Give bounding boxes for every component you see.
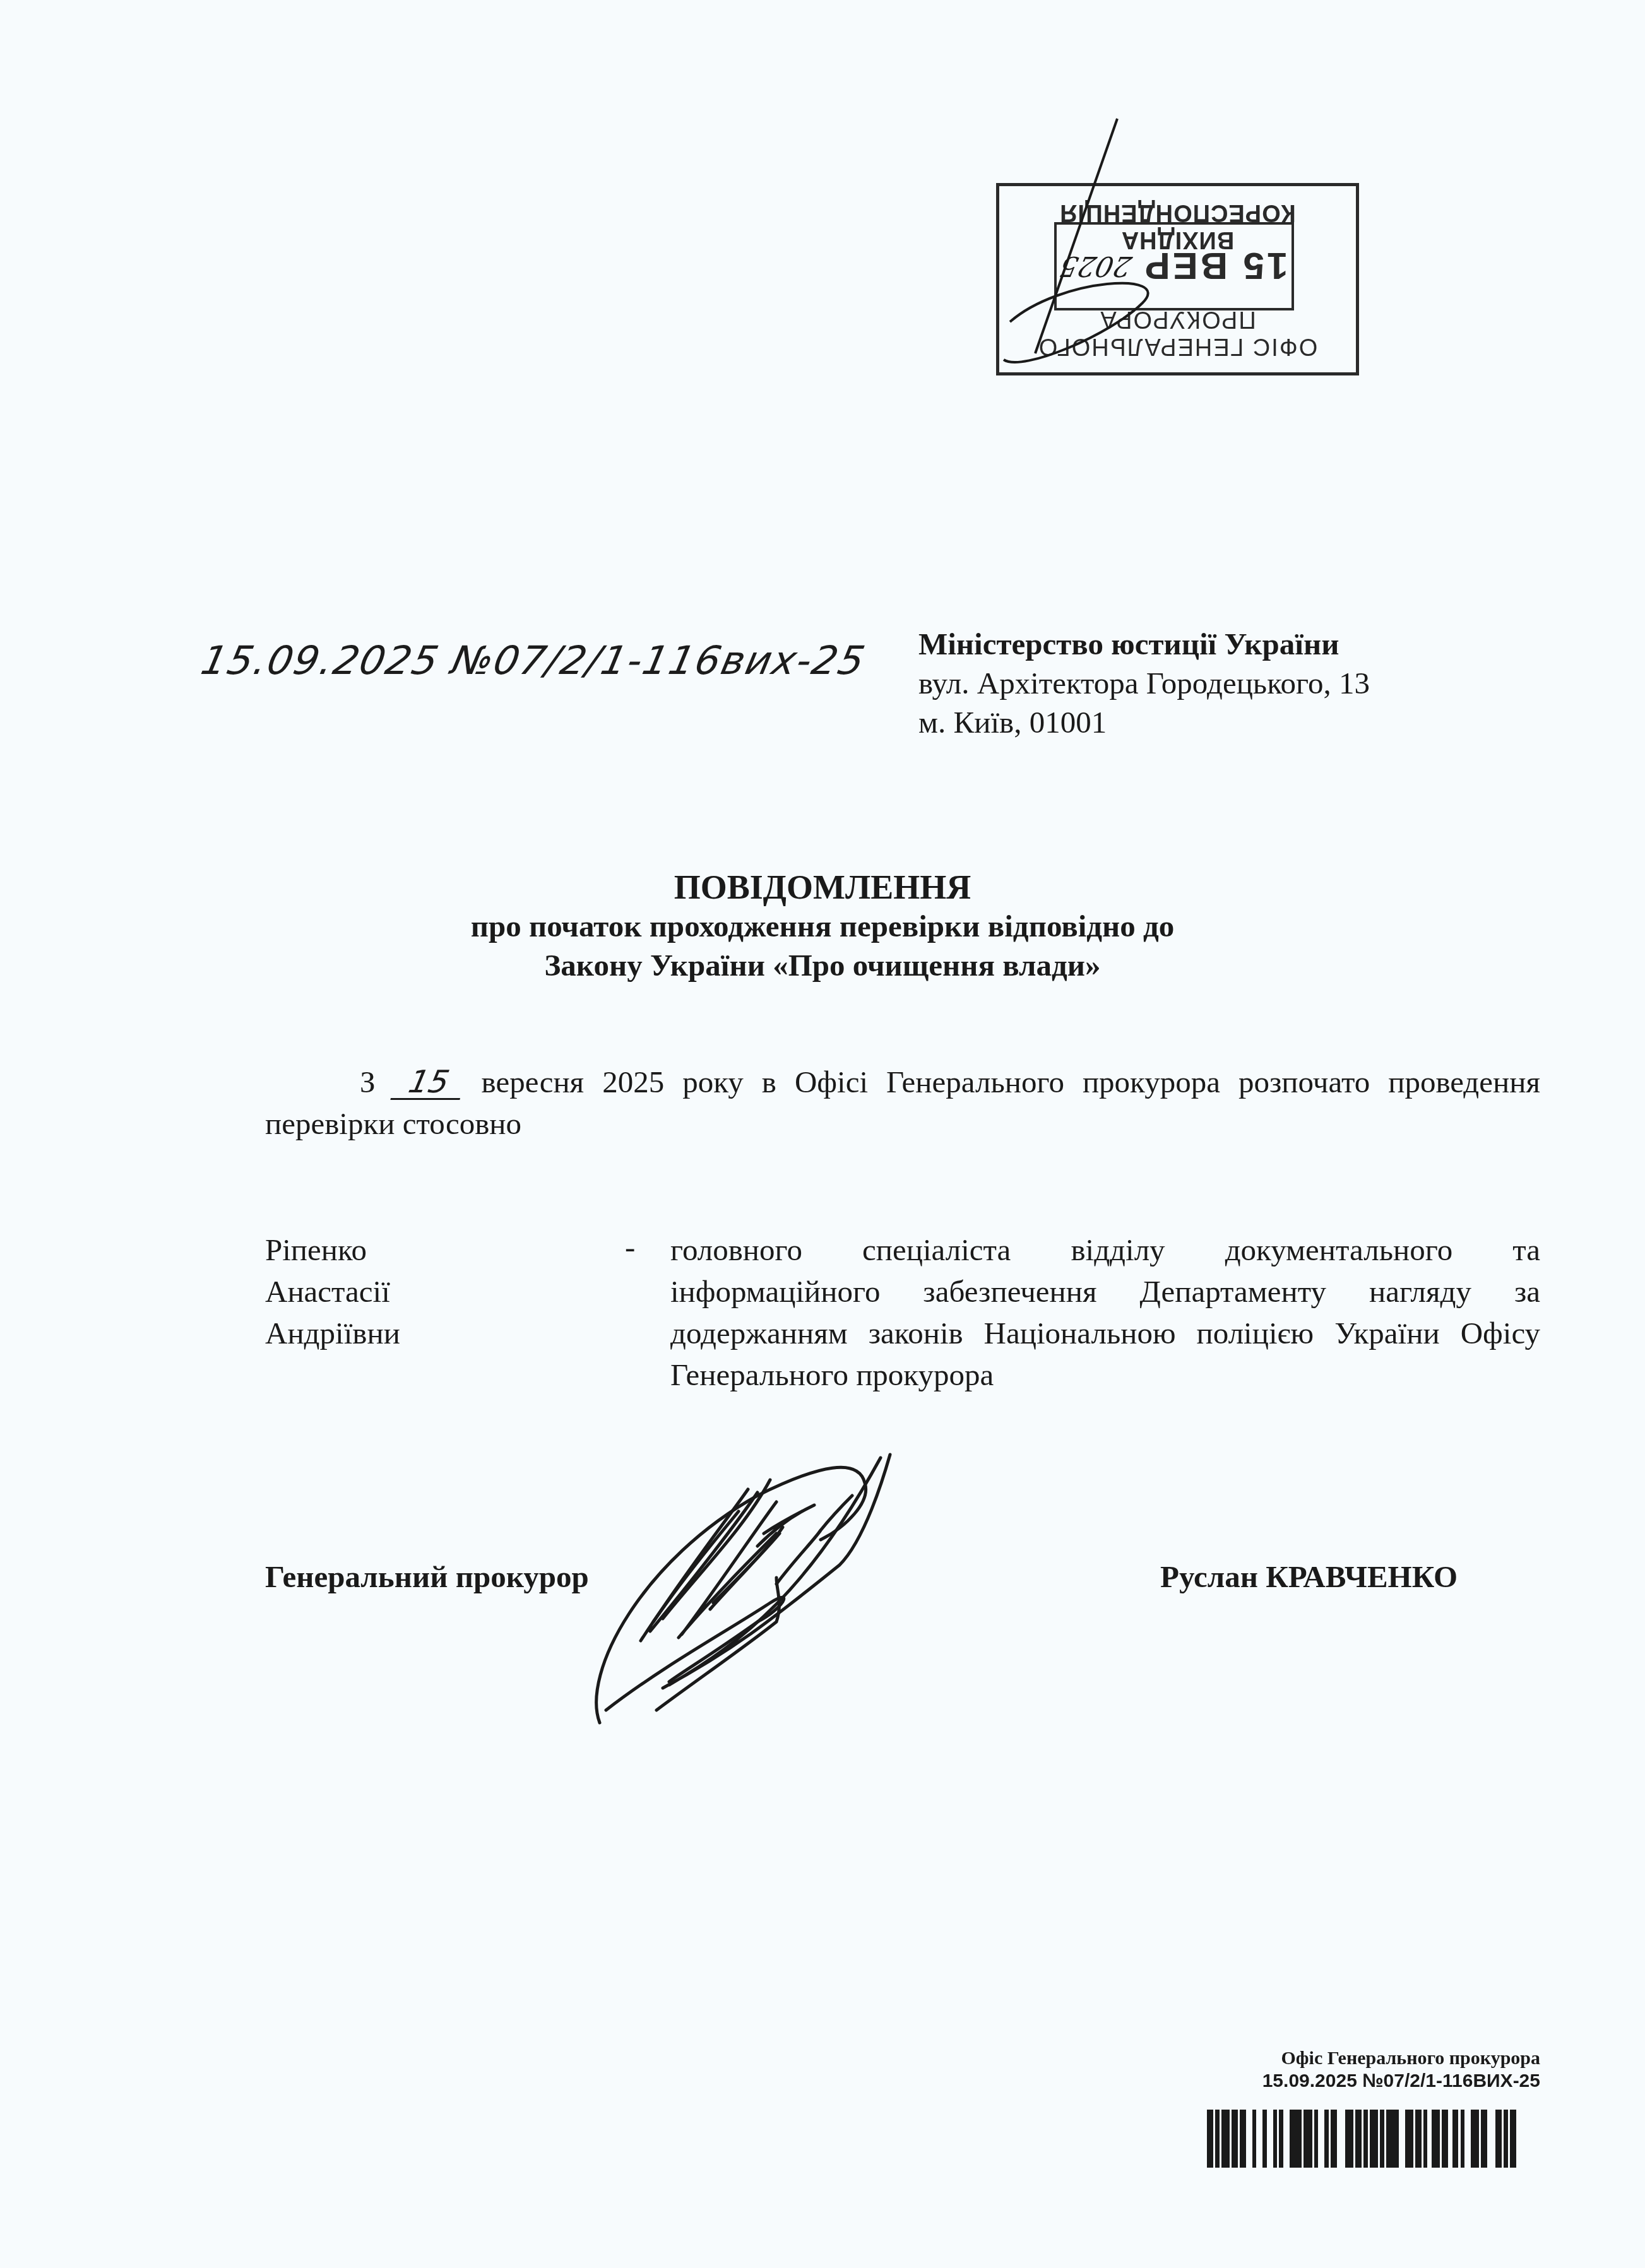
barcode-space	[1246, 2110, 1252, 2168]
barcode-bar	[1471, 2110, 1479, 2168]
barcode-bar	[1370, 2110, 1378, 2168]
barcode-space	[1487, 2110, 1495, 2168]
barcode	[1207, 2110, 1516, 2168]
subject-surname: Ріпенко	[265, 1229, 400, 1271]
registration-number: 15.09.2025 №07/2/1-116ВИХ-25	[1187, 2070, 1540, 2092]
barcode-space	[1337, 2110, 1345, 2168]
subject-name: Ріпенко Анастасії Андріївни	[265, 1229, 400, 1354]
signatory-role: Генеральний прокурор	[265, 1559, 589, 1595]
barcode-bar	[1331, 2110, 1337, 2168]
barcode-bar	[1240, 2110, 1246, 2168]
barcode-bar	[1290, 2110, 1302, 2168]
barcode-bar	[1232, 2110, 1238, 2168]
barcode-space	[1256, 2110, 1262, 2168]
barcode-bar	[1345, 2110, 1353, 2168]
subject-first-name: Анастасії	[265, 1271, 400, 1313]
body-prefix: З	[360, 1065, 376, 1099]
barcode-space	[1399, 2110, 1405, 2168]
addressee-street: вул. Архітектора Городецького, 13	[918, 664, 1370, 703]
barcode-bar	[1432, 2110, 1440, 2168]
signatory-name: Руслан КРАВЧЕНКО	[1160, 1559, 1458, 1595]
registration-organization: Офіс Генерального прокурора	[1187, 2048, 1540, 2069]
barcode-bar	[1481, 2110, 1487, 2168]
barcode-bar	[1452, 2110, 1459, 2168]
barcode-space	[1267, 2110, 1273, 2168]
handwritten-day: 15	[390, 1066, 466, 1100]
subject-patronymic: Андріївни	[265, 1313, 400, 1354]
handwritten-reference-number: 15.09.2025 №07/2/1-116вих-25	[197, 637, 870, 683]
barcode-bar	[1221, 2110, 1230, 2168]
barcode-bar	[1355, 2110, 1362, 2168]
addressee-name: Міністерство юстиції України	[918, 625, 1370, 664]
barcode-bar	[1405, 2110, 1413, 2168]
addressee-block: Міністерство юстиції України вул. Архіте…	[918, 625, 1370, 742]
separator-dash: -	[625, 1229, 635, 1265]
document-heading: ПОВІДОМЛЕННЯ про початок проходження пер…	[0, 868, 1645, 985]
body-paragraph: З 15 вересня 2025 року в Офісі Генеральн…	[265, 1061, 1540, 1145]
barcode-bar	[1415, 2110, 1422, 2168]
barcode-bar	[1442, 2110, 1448, 2168]
barcode-bar	[1495, 2110, 1502, 2168]
subject-position: головного спеціаліста відділу документал…	[670, 1229, 1540, 1396]
stamp-initials-scribble-icon	[985, 114, 1212, 379]
addressee-city: м. Київ, 01001	[918, 703, 1370, 742]
registration-mark: Офіс Генерального прокурора 15.09.2025 №…	[1187, 2048, 1540, 2092]
document-subtitle-line-1: про початок проходження перевірки відпов…	[0, 907, 1645, 946]
barcode-bar	[1304, 2110, 1312, 2168]
barcode-bar	[1207, 2110, 1213, 2168]
document-subtitle-line-2: Закону України «Про очищення влади»	[0, 946, 1645, 985]
barcode-bar	[1386, 2110, 1399, 2168]
barcode-space	[1464, 2110, 1471, 2168]
handwritten-signature-icon	[568, 1432, 1212, 1862]
barcode-space	[1283, 2110, 1290, 2168]
barcode-bar	[1510, 2110, 1516, 2168]
barcode-space	[1318, 2110, 1324, 2168]
document-title: ПОВІДОМЛЕННЯ	[0, 868, 1645, 907]
